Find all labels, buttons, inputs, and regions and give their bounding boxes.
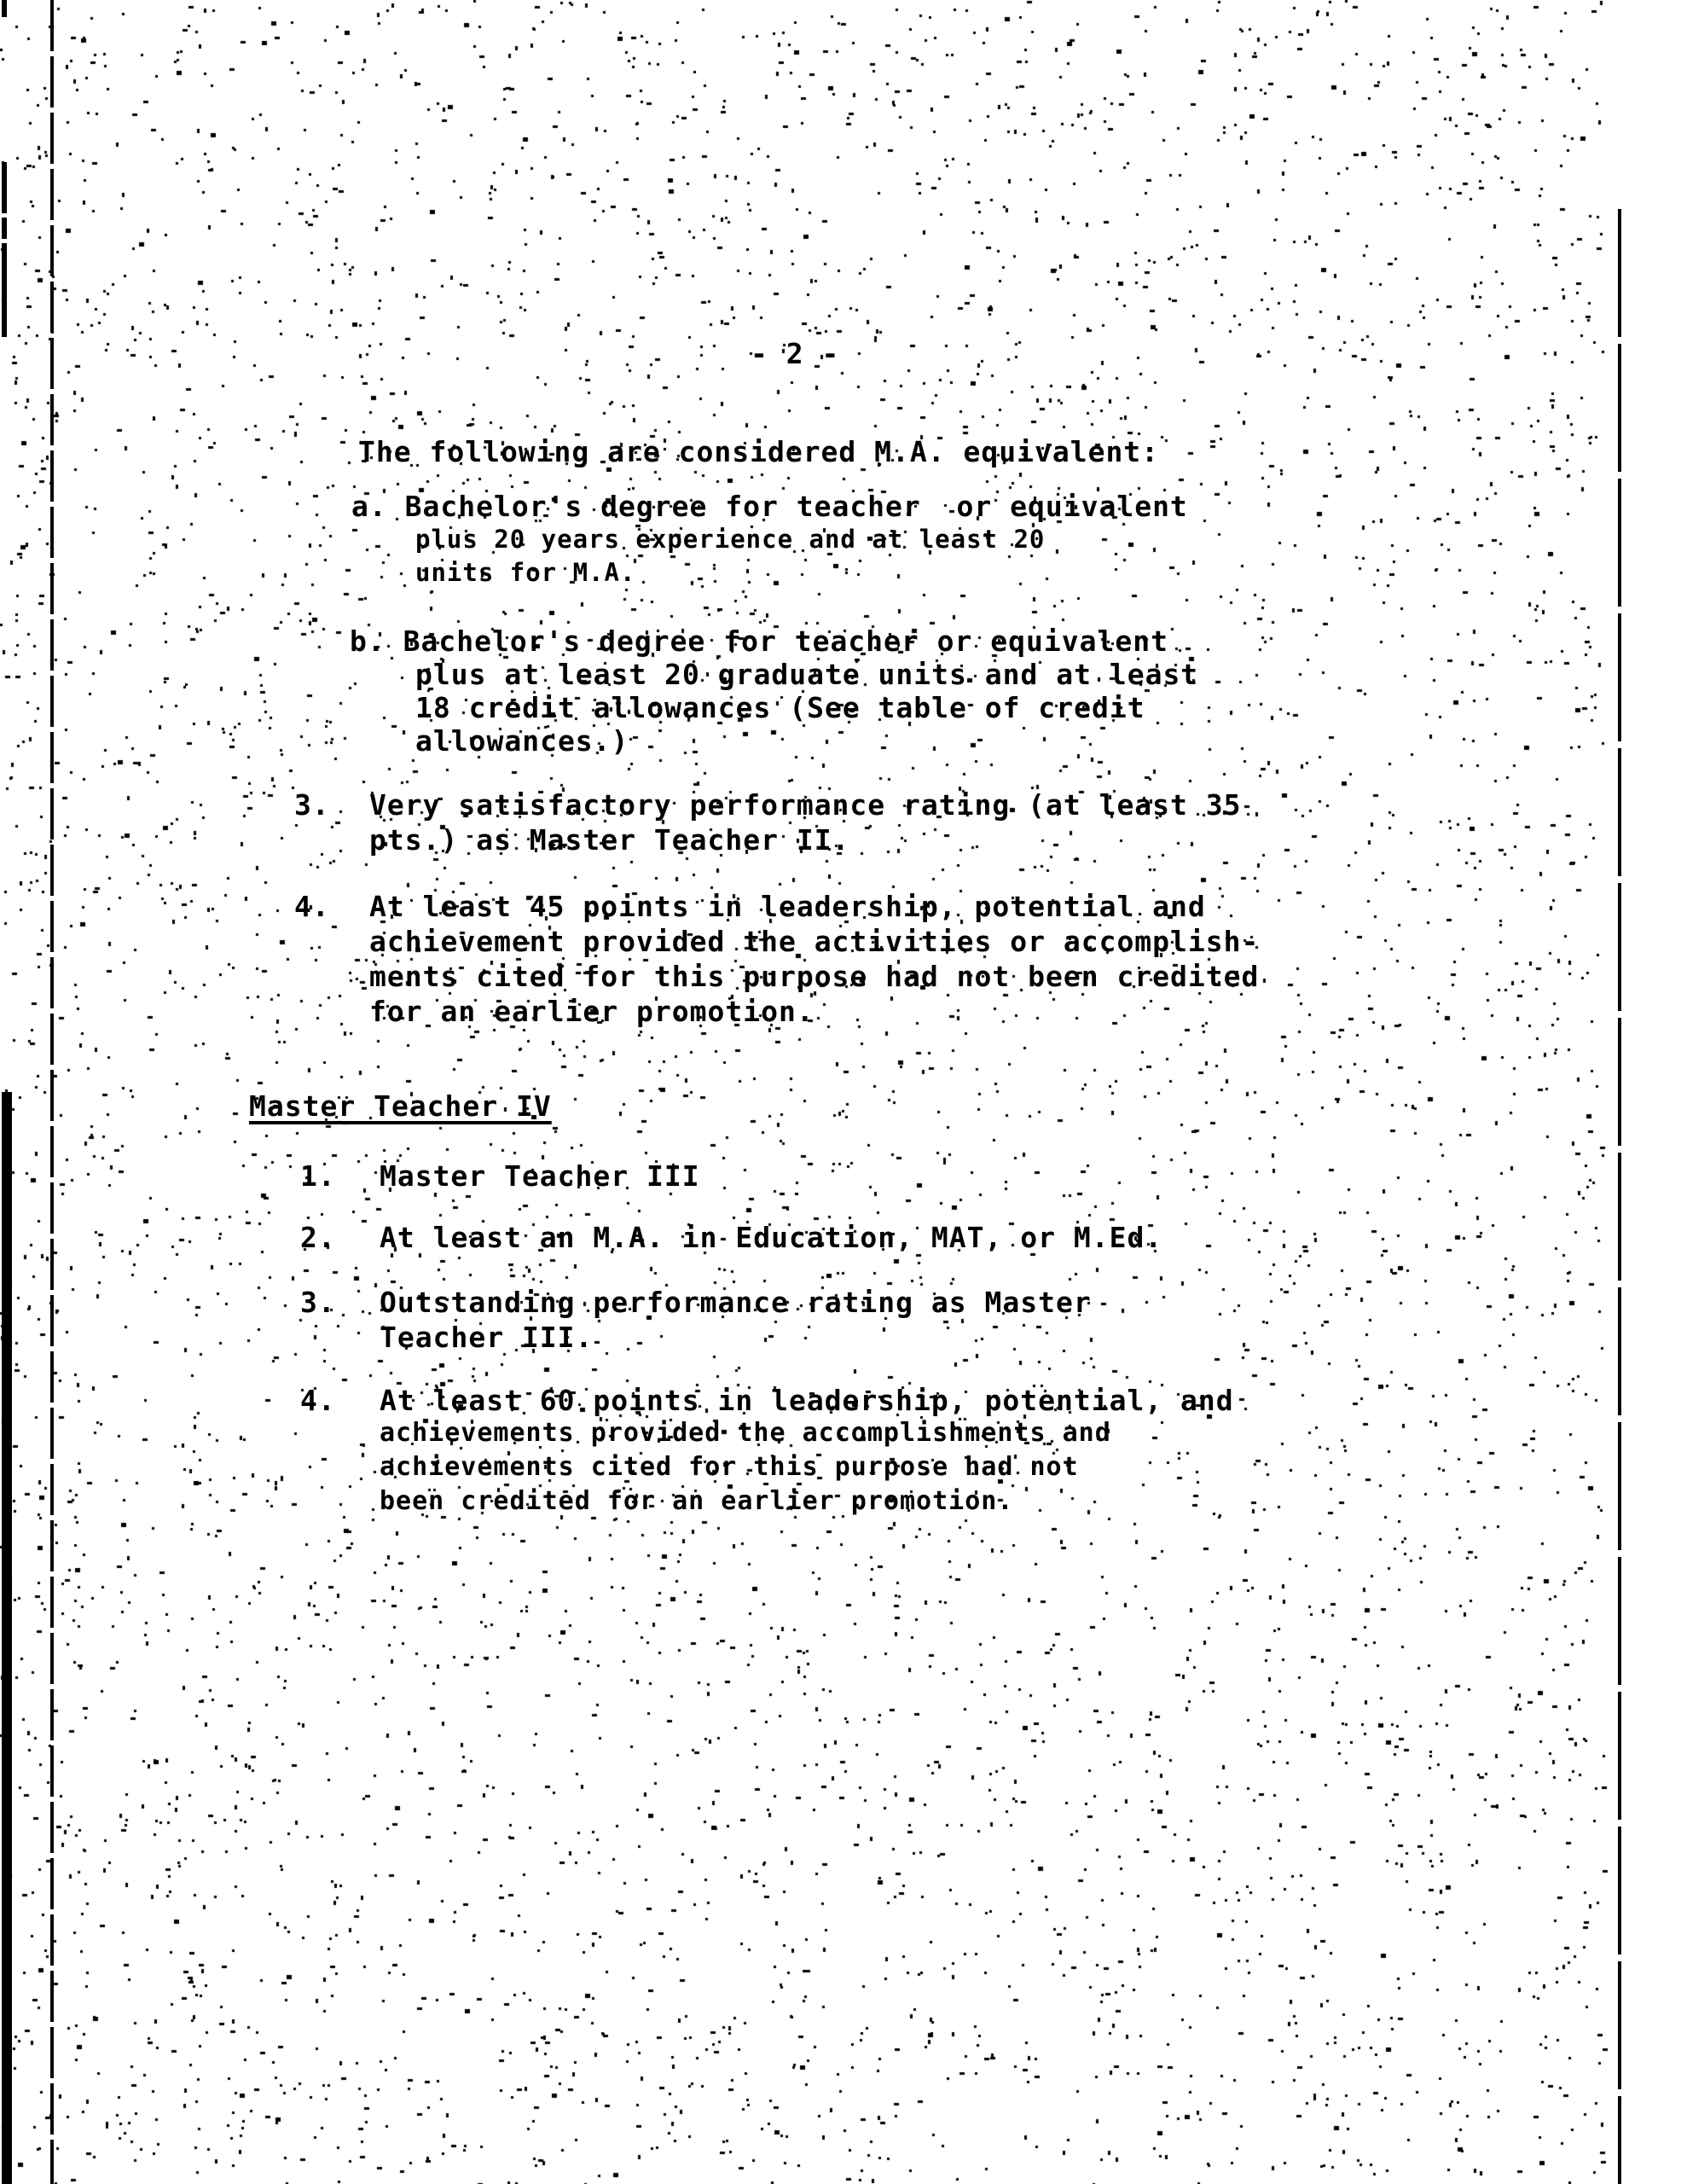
equivalents-intro: The following are considered M.A. equiva… (358, 438, 1159, 466)
item-text: Master Teacher III (380, 1162, 700, 1190)
item-text: units for M.A. (415, 561, 635, 585)
scan-edge-mark (2, 218, 7, 239)
item-text: achievements cited for this purpose had … (380, 1455, 1079, 1480)
item-label: b. (350, 624, 386, 658)
item-number: 4. (300, 1386, 336, 1414)
item-text: plus at least 20 graduate units and at l… (415, 660, 1198, 688)
item-number: 2. (300, 1223, 336, 1252)
item-text: plus 20 years experience and at least 20 (415, 527, 1045, 552)
page-number: - 2 - (751, 340, 839, 368)
scan-edge-mark (2, 162, 7, 213)
item-text: ments cited for this purpose had not bee… (369, 962, 1259, 990)
item-text: Very satisfactory performance rating (at… (369, 791, 1242, 819)
item-text: Bachelor's degree for teacher or equival… (405, 490, 1188, 523)
scan-edge-mark (2, 243, 7, 337)
item-text: 18 credit allowances (See table of credi… (415, 694, 1145, 722)
item-text: for an earlier promotion. (369, 997, 815, 1025)
scan-edge-shadow (2, 1092, 12, 2184)
item-text: Bachelor's degree for teacher or equival… (403, 624, 1168, 658)
margin-rule-right (1618, 209, 1621, 2184)
scanned-document-page: - 2 - The following are considered M.A. … (0, 0, 1687, 2184)
item-text: At least 45 points in leadership, potent… (369, 892, 1206, 921)
item-text: allowances.) (415, 727, 629, 755)
item-text: At least 60 points in leadership, potent… (380, 1386, 1234, 1414)
item-text: been credited for an earlier promotion. (380, 1489, 1013, 1514)
item-text: Teacher III. (380, 1323, 593, 1351)
section-heading: Master Teacher IV (249, 1092, 552, 1120)
item-text: Outstanding performance rating as Master (380, 1288, 1092, 1316)
item-text: pts.) as Master Teacher II. (369, 826, 849, 854)
item-text: At least an M.A. in Education, MAT, or M… (380, 1223, 1162, 1252)
item-number: 3. (294, 791, 330, 819)
item-text: achievements provided the accomplishment… (380, 1420, 1111, 1446)
margin-rule-left (50, 0, 54, 2184)
item-text: achievement provided the activities or a… (369, 927, 1259, 955)
item-number: 1. (300, 1162, 336, 1190)
item-number: 4. (294, 892, 330, 921)
item-label: a. (351, 490, 387, 523)
scan-edge-mark (2, 0, 7, 17)
equivalent-item-b: b. Bachelor's degree for teacher or equi… (350, 627, 1168, 655)
equivalent-item-a: a. Bachelor's degree for teacher or equi… (351, 492, 1188, 520)
item-number: 3. (300, 1288, 336, 1316)
